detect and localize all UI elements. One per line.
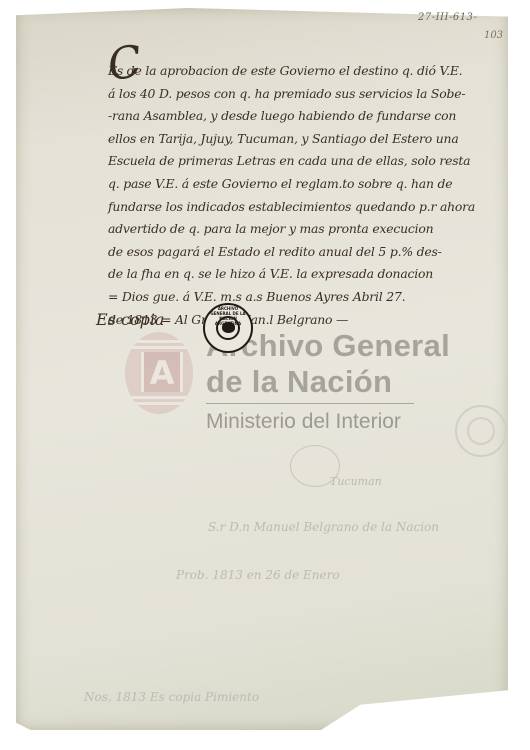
archive-reference-number: 27-III-613- <box>418 12 477 23</box>
letter-line: advertido de q. para la mejor y mas pron… <box>108 218 508 241</box>
watermark-divider <box>206 403 414 404</box>
faint-stamp-icon <box>455 405 507 457</box>
letter-line: -rana Asamblea, y desde luego habiendo d… <box>108 105 508 128</box>
letter-line: Escuela de primeras Letras en cada una d… <box>108 150 508 173</box>
logo-letter: A <box>144 354 180 392</box>
watermark-subtitle: Ministerio del Interior <box>206 410 401 434</box>
letter-line: q. pase V.E. á este Govierno el reglam.t… <box>108 173 508 196</box>
letter-line: de la fha en q. se le hizo á V.E. la exp… <box>108 263 508 286</box>
letter-line: á los 40 D. pesos con q. ha premiado sus… <box>108 83 508 106</box>
watermark-title-line2: de la Nación <box>206 364 392 400</box>
faint-text-line: Prob. 1813 en 26 de Enero <box>176 568 340 582</box>
letter-line: ellos en Tarija, Jujuy, Tucuman, y Santi… <box>108 128 508 151</box>
faint-text-line: Nos. 1813 Es copia Pimiento <box>84 690 259 704</box>
archive-seal-stamp-icon: ARCHIVO GENERAL DE LA NACION ARGENTINA <box>203 303 253 353</box>
letter-line: Es de la aprobacion de este Govierno el … <box>108 60 508 83</box>
letter-line: fundarse los indicados establecimientos … <box>108 196 508 219</box>
copy-annotation: Es copia <box>96 310 164 329</box>
archive-logo-icon: A <box>125 332 193 414</box>
handwritten-letter-body: Es de la aprobacion de este Govierno el … <box>108 60 508 331</box>
faint-text-line: S.r D.n Manuel Belgrano de la Nacion <box>208 520 439 534</box>
faint-text-line: Tucuman <box>330 475 382 488</box>
folio-number: 103 <box>484 30 503 41</box>
letter-line: = Dios gue. á V.E. m.s a.s Buenos Ayres … <box>108 286 508 309</box>
letter-line: de esos pagará el Estado el redito anual… <box>108 241 508 264</box>
